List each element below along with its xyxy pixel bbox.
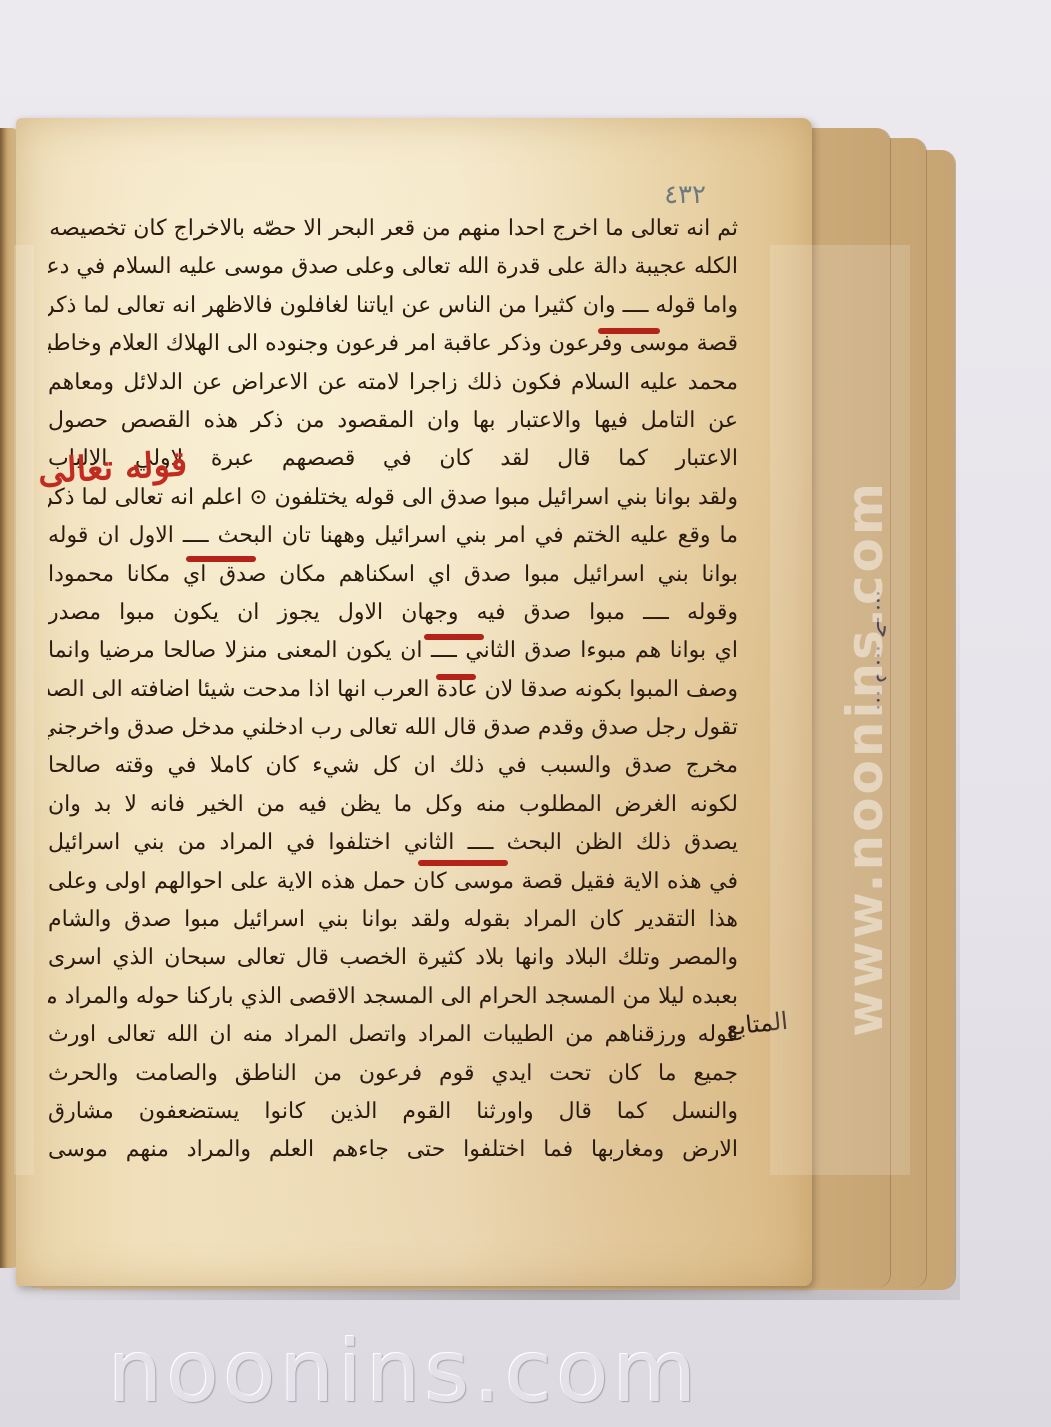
text-line: والنسل كما قال واورثنا القوم الذين كانوا… (48, 1093, 738, 1131)
text-line: بوانا بني اسرائيل مبوا صدق اي اسكناهم مك… (48, 556, 738, 594)
text-line: وقوله ــــ مبوا صدق فيه وجهان الاول يجوز… (48, 594, 738, 632)
watermark-vertical: www.noonins.com (836, 480, 894, 1037)
text-line: جميع ما كان تحت ايدي قوم فرعون من الناطق… (48, 1055, 738, 1093)
rubric-overline (436, 674, 476, 680)
text-line: الارض ومغاربها فما اختلفوا حتى جاءهم الع… (48, 1131, 738, 1169)
text-line: لكونه الغرض المطلوب منه وكل ما يظن فيه م… (48, 786, 738, 824)
text-line: والمصر وتلك البلاد وانها بلاد كثيرة الخص… (48, 939, 738, 977)
text-line: الاعتبار كما قال لقد كان في قصصهم عبرة ل… (48, 440, 738, 478)
manuscript-page: ٤٣٢ ثم انه تعالى ما اخرج احدا منهم من قع… (16, 118, 812, 1286)
watermark-bottom: noonins.com (108, 1322, 700, 1422)
text-line: ولقد بوانا بني اسرائيل مبوا صدق الى قوله… (48, 479, 738, 517)
text-line: ما وقع عليه الختم في امر بني اسرائيل وهه… (48, 517, 738, 555)
rubric-heading: قوله تعالى (37, 444, 188, 492)
text-line: واما قوله ــــ وان كثيرا من الناس عن ايا… (48, 287, 738, 325)
text-line: قوله ورزقناهم من الطيبات المراد واتصل ال… (48, 1016, 738, 1054)
folio-number: ٤٣٢ (664, 180, 706, 210)
text-line: يصدق ذلك الظن البحث ــــ الثاني اختلفوا … (48, 824, 738, 862)
text-line: قصة موسى وفرعون وذكر عاقبة امر فرعون وجن… (48, 325, 738, 363)
watermark-band (14, 245, 34, 1175)
main-text-block: ثم انه تعالى ما اخرج احدا منهم من قعر ال… (48, 210, 738, 1170)
rubric-overline (424, 634, 484, 640)
rubric-overline (598, 328, 660, 334)
text-line: تقول رجل صدق وقدم صدق قال الله تعالى رب … (48, 709, 738, 747)
text-line: في هذه الاية فقيل قصة موسى كان حمل هذه ا… (48, 863, 738, 901)
text-line: مخرج صدق والسبب في ذلك ان كل شيء كان كام… (48, 747, 738, 785)
text-line: الكله عجيبة دالة على قدرة الله تعالى وعل… (48, 248, 738, 286)
text-line: عن التامل فيها والاعتبار بها وان المقصود… (48, 402, 738, 440)
text-line: ثم انه تعالى ما اخرج احدا منهم من قعر ال… (48, 210, 738, 248)
text-line: وصف المبوا بكونه صدقا لان عادة العرب انه… (48, 671, 738, 709)
rubric-overline (186, 556, 256, 562)
text-line: اي بوانا هم مبوءا صدق الثاني ــــ ان يكو… (48, 632, 738, 670)
rubric-overline (418, 860, 508, 866)
text-line: بعبده ليلا من المسجد الحرام الى المسجد ا… (48, 978, 738, 1016)
text-line: محمد عليه السلام فكون ذلك زاجرا لامته عن… (48, 364, 738, 402)
text-line: هذا التقدير كان المراد بقوله ولقد بوانا … (48, 901, 738, 939)
